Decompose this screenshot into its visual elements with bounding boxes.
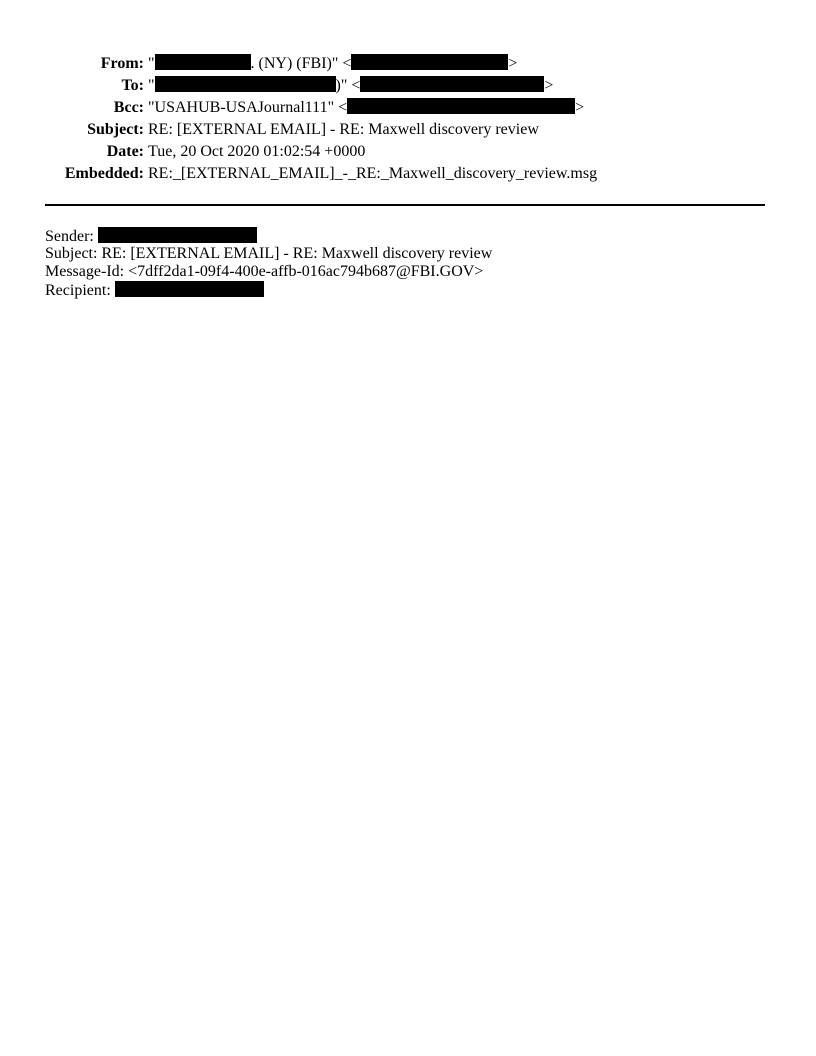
subject-label: Subject: — [0, 119, 148, 141]
from-affiliation: . (NY) (FBI)" < — [251, 55, 352, 72]
to-label: To: — [0, 75, 148, 97]
from-value: ". (NY) (FBI)" <> — [148, 53, 597, 75]
meta-row-message-id: Message-Id: <7dff2da1-09f4-400e-affb-016… — [45, 263, 492, 281]
meta-subject-label: Subject: — [45, 245, 101, 262]
embedded-message-metadata: Sender: Subject: RE: [EXTERNAL EMAIL] - … — [45, 227, 492, 299]
horizontal-divider — [45, 204, 765, 206]
meta-row-subject: Subject: RE: [EXTERNAL EMAIL] - RE: Maxw… — [45, 245, 492, 263]
to-bracket-close: > — [544, 77, 553, 94]
subject-value: RE: [EXTERNAL EMAIL] - RE: Maxwell disco… — [148, 119, 597, 141]
bcc-name: "USAHUB-USAJournal111" < — [148, 99, 347, 116]
date-value: Tue, 20 Oct 2020 01:02:54 +0000 — [148, 141, 597, 163]
meta-row-recipient: Recipient: — [45, 281, 492, 299]
from-label: From: — [0, 53, 148, 75]
header-row-from: From: ". (NY) (FBI)" <> — [0, 53, 597, 75]
header-row-subject: Subject: RE: [EXTERNAL EMAIL] - RE: Maxw… — [0, 119, 597, 141]
meta-row-sender: Sender: — [45, 227, 492, 245]
redacted-recipient-name — [155, 76, 336, 92]
header-row-date: Date: Tue, 20 Oct 2020 01:02:54 +0000 — [0, 141, 597, 163]
bcc-label: Bcc: — [0, 97, 148, 119]
header-row-embedded: Embedded: RE:_[EXTERNAL_EMAIL]_-_RE:_Max… — [0, 163, 597, 185]
header-row-bcc: Bcc: "USAHUB-USAJournal111" <> — [0, 97, 597, 119]
redacted-sender-email — [351, 54, 508, 70]
to-value: ")" <> — [148, 75, 597, 97]
message-id-label: Message-Id: — [45, 263, 128, 280]
redacted-bcc-email — [347, 98, 575, 114]
to-middle: )" < — [336, 77, 361, 94]
redacted-sender-name — [155, 54, 251, 70]
embedded-label: Embedded: — [0, 163, 148, 185]
message-id-value: <7dff2da1-09f4-400e-affb-016ac794b687@FB… — [128, 263, 483, 280]
redacted-recipient-email — [360, 76, 544, 92]
redacted-sender — [98, 227, 257, 243]
bcc-value: "USAHUB-USAJournal111" <> — [148, 97, 597, 119]
redacted-recipient — [115, 281, 264, 297]
header-row-to: To: ")" <> — [0, 75, 597, 97]
from-bracket-close: > — [508, 55, 517, 72]
embedded-attachment-name: RE:_[EXTERNAL_EMAIL]_-_RE:_Maxwell_disco… — [148, 163, 597, 185]
email-header: From: ". (NY) (FBI)" <> To: ")" <> Bcc: … — [0, 53, 597, 185]
sender-label: Sender: — [45, 228, 98, 245]
recipient-label: Recipient: — [45, 282, 115, 299]
meta-subject-value: RE: [EXTERNAL EMAIL] - RE: Maxwell disco… — [101, 245, 492, 262]
date-label: Date: — [0, 141, 148, 163]
bcc-bracket-close: > — [575, 99, 584, 116]
